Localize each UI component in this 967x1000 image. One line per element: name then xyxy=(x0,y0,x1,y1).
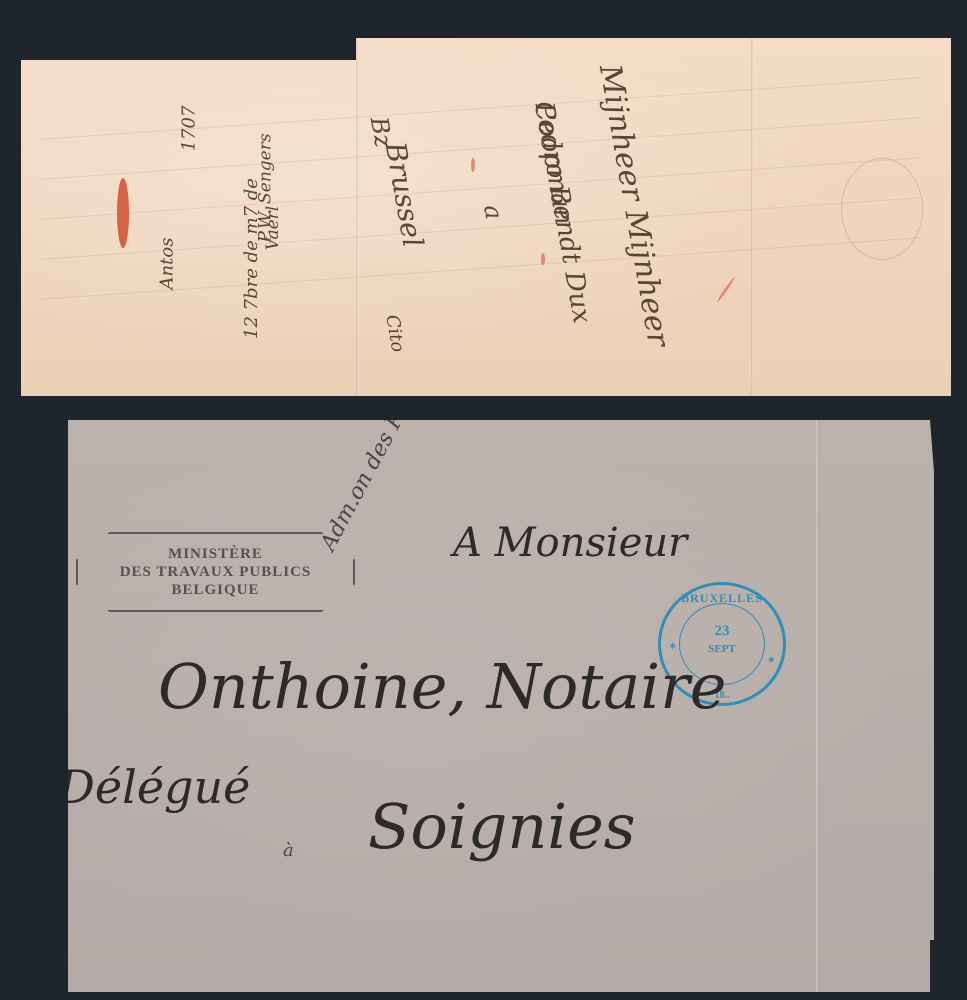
handstamp-line: MINISTÈRE xyxy=(168,545,263,563)
fold-crease xyxy=(816,420,820,992)
top-letter-cover: Antos 12 7bre de m7 de 1707 P.W. Sengers… xyxy=(21,38,951,396)
ministry-handstamp: MINISTÈRE DES TRAVAUX PUBLICS BELGIQUE xyxy=(76,532,355,612)
red-ink-speck xyxy=(471,158,475,172)
bottom-letter-cover: MINISTÈRE DES TRAVAUX PUBLICS BELGIQUE A… xyxy=(68,420,934,992)
red-ink-speck xyxy=(541,253,545,265)
handstamp-line: DES TRAVAUX PUBLICS xyxy=(120,563,312,581)
preposition: à xyxy=(283,840,294,861)
red-ink-stroke xyxy=(716,276,736,302)
address-line: Cito xyxy=(381,313,408,354)
side-note: Bz xyxy=(365,115,398,150)
docket-line: Antos xyxy=(156,238,177,290)
address-line: Mijnheer Mijnheer xyxy=(592,62,676,349)
fold-crease xyxy=(751,38,754,396)
show-through-text xyxy=(42,117,920,179)
addressee-name: Onthoine, Notaire xyxy=(158,650,726,723)
red-wax-mark xyxy=(117,178,129,248)
fold-crease xyxy=(356,38,359,396)
address-line: Coopman xyxy=(528,99,579,227)
address-line: a xyxy=(478,203,508,222)
docket-year: 1707 xyxy=(178,106,199,152)
handstamp-line: BELGIQUE xyxy=(171,581,259,599)
addressee-title: Délégué xyxy=(58,760,250,814)
show-through-text xyxy=(42,77,920,139)
docket-line: Vaerl xyxy=(263,206,283,250)
postmark-day: 23 xyxy=(661,623,783,640)
salutation: A Monsieur xyxy=(453,520,687,566)
destination-place: Soignies xyxy=(368,790,636,863)
postmark-city: BRUXELLES xyxy=(661,591,783,606)
wax-seal-impression xyxy=(841,158,923,260)
star-icon: ✶ xyxy=(767,655,775,666)
